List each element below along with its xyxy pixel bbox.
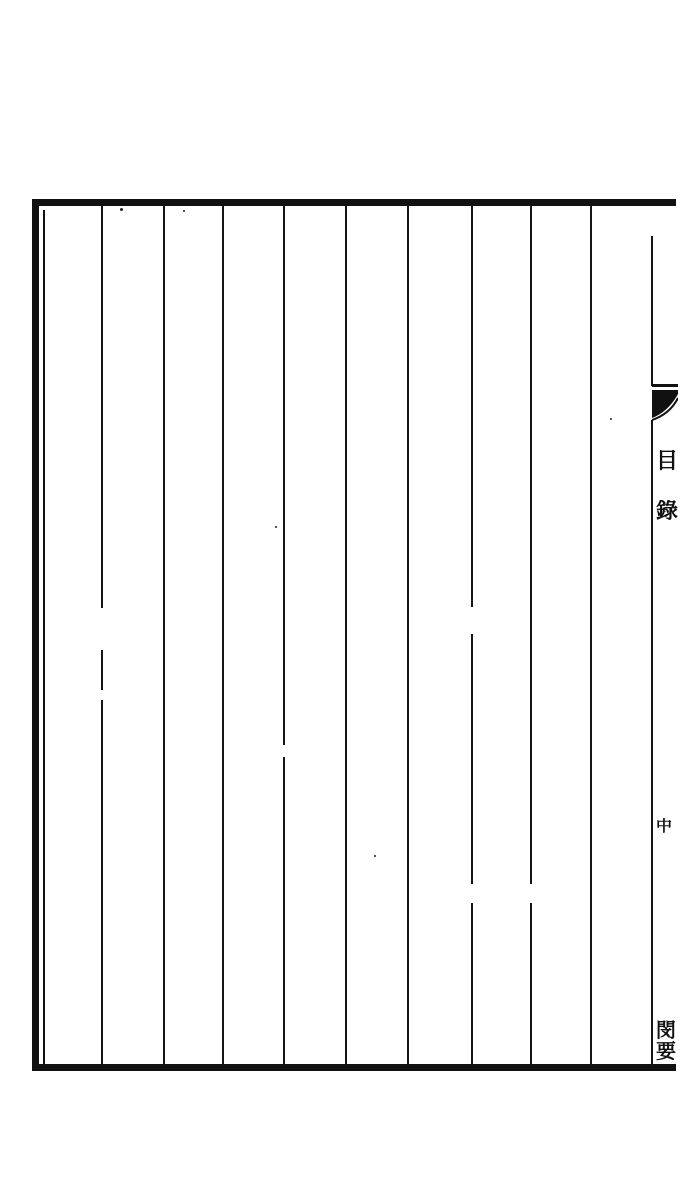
ink-speck	[183, 210, 185, 212]
ink-speck	[610, 418, 612, 420]
frame-border-left	[32, 199, 39, 1071]
column-rule	[590, 206, 592, 1064]
margin-title-char-2: 錄	[656, 500, 678, 522]
frame-border-bottom	[33, 1064, 676, 1071]
rule-break	[470, 884, 474, 903]
margin-title-char-1: 目	[656, 450, 678, 472]
rule-break	[470, 607, 474, 634]
center-fold-rule-upper	[651, 236, 653, 386]
ink-speck	[275, 526, 277, 528]
frame-border-top	[33, 199, 676, 206]
rule-break	[100, 608, 104, 650]
rule-break	[100, 690, 104, 700]
margin-bottom-chars: 閔要	[656, 1020, 676, 1062]
fish-tail-ornament-icon	[652, 384, 678, 422]
column-rule	[283, 206, 285, 1064]
column-rule	[163, 206, 165, 1064]
ink-speck	[120, 208, 123, 211]
scanned-page: 目 錄 中 閔要	[0, 0, 696, 1177]
ink-speck	[374, 855, 376, 857]
frame-border-left-inner	[43, 210, 45, 1066]
column-rule	[222, 206, 224, 1064]
column-rule	[345, 206, 347, 1064]
rule-break	[529, 884, 533, 903]
column-rule	[530, 206, 532, 1064]
column-rule	[407, 206, 409, 1064]
margin-middle-char: 中	[656, 818, 678, 834]
center-fold-rule-lower	[651, 420, 653, 1066]
rule-break	[282, 745, 286, 757]
column-rule	[471, 206, 473, 1064]
